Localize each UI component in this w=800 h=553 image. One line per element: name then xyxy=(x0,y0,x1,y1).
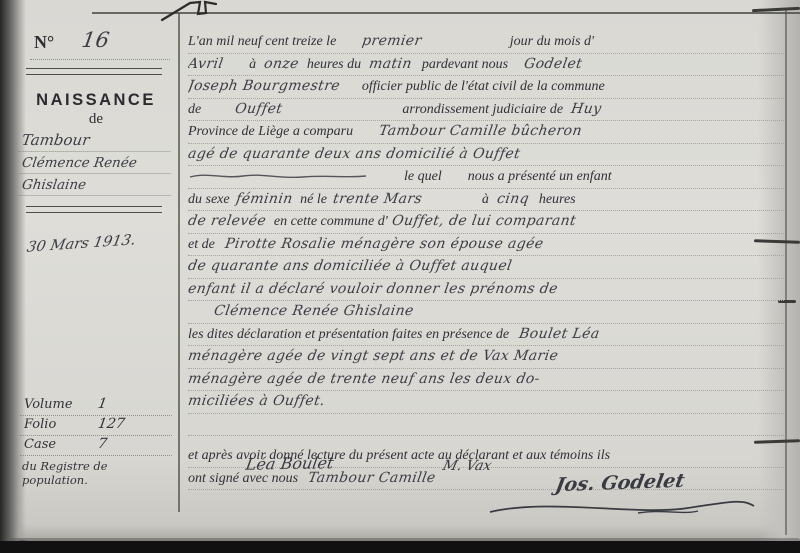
printed-text: né le xyxy=(300,192,327,207)
printed-text: L'an mil neuf cent treize le xyxy=(188,34,336,49)
printed-text: du sexe xyxy=(188,192,230,207)
printed-text: les dites déclaration et présentation fa… xyxy=(188,327,509,342)
act-line: agé de quarante deux ans domicilié à Ouf… xyxy=(188,144,784,167)
act-number-underline xyxy=(30,59,170,60)
handwritten-text: de relevée xyxy=(188,211,268,233)
volume-value: 1 xyxy=(97,396,108,412)
margin-column: N° 16 NAISSANCE de Tambour Clémence René… xyxy=(20,30,172,251)
act-line: Province de Liège a comparuTambour Camil… xyxy=(188,121,784,144)
handwritten-text: agé de quarante deux ans domicilié à Ouf… xyxy=(188,144,522,166)
act-line: les dites déclaration et présentation fa… xyxy=(188,324,784,347)
printed-text: officier public de l'état civil de la co… xyxy=(362,79,605,94)
printed-text: et de xyxy=(188,237,215,252)
printed-text: Province de Liège a comparu xyxy=(188,124,353,139)
birth-heading-de: de xyxy=(20,111,172,128)
volume-label: Volume xyxy=(24,397,73,412)
handwritten-text: Joseph Bourgmestre xyxy=(188,76,342,98)
handwritten-text: Ouffet, de lui comparant xyxy=(390,211,577,233)
act-line xyxy=(188,414,784,437)
printed-text: le quel xyxy=(404,169,442,184)
handwritten-text: Clémence Renée Ghislaine xyxy=(212,301,415,323)
act-line: miciliées à Ouffet. xyxy=(188,391,784,414)
handwritten-text: Huy xyxy=(569,99,603,121)
act-line: ménagère agée de trente neuf ans les deu… xyxy=(188,369,784,392)
double-rule xyxy=(26,206,162,213)
act-line: Clémence Renée Ghislaine xyxy=(188,301,784,324)
birth-heading: NAISSANCE xyxy=(20,91,172,110)
handwritten-text: de quarante ans domiciliée à Ouffet auqu… xyxy=(188,256,513,278)
child-firstnames: Clémence Renée xyxy=(18,152,173,174)
child-thirdname: Ghislaine xyxy=(18,174,173,196)
printed-text: arrondissement judiciaire de xyxy=(402,102,563,117)
act-line: du sexefémininné letrente Marsàcinqheure… xyxy=(188,189,784,212)
act-number-label: N° xyxy=(34,32,54,53)
handwritten-text: féminin xyxy=(234,189,294,211)
printed-text: heures du xyxy=(307,57,361,72)
act-line: enfant il a déclaré vouloir donner les p… xyxy=(188,279,784,302)
witness2-signature: M. Vax xyxy=(441,458,493,474)
printed-text: en cette commune d' xyxy=(274,214,388,229)
handwritten-text: cinq xyxy=(495,189,530,211)
officer-signature: Jos. Godelet xyxy=(554,470,687,496)
handwritten-text: Tambour Camille bûcheron xyxy=(377,121,583,143)
signature-flourish xyxy=(488,496,758,516)
folio-row: Folio 127 xyxy=(20,416,172,436)
act-number-row: N° 16 xyxy=(20,30,172,60)
witness1-signature: Léa Boulet xyxy=(244,453,335,474)
act-line: et dePirotte Rosalie ménagère son épouse… xyxy=(188,234,784,257)
handwritten-text: enfant il a déclaré vouloir donner les p… xyxy=(188,279,559,301)
margin-divider-line xyxy=(178,13,180,512)
printed-text: à xyxy=(482,192,489,207)
printed-text: heures xyxy=(539,192,576,207)
handwritten-text: Godelet xyxy=(522,54,583,76)
act-line: ménagère agée de vingt sept ans et de Va… xyxy=(188,346,784,369)
handwritten-text: ménagère agée de trente neuf ans les deu… xyxy=(188,369,541,391)
printed-text: à xyxy=(249,57,256,72)
volume-row: Volume 1 xyxy=(20,396,172,416)
act-line: de relevéeen cette commune d'Ouffet, de … xyxy=(188,211,784,234)
register-note: du Registre de population. xyxy=(20,459,172,487)
handwritten-text: Avril xyxy=(188,54,225,76)
handwritten-text: ménagère agée de vingt sept ans et de Va… xyxy=(188,346,560,368)
case-row: Case 7 xyxy=(20,436,172,456)
act-body-lines: L'an mil neuf cent treize lepremierjour … xyxy=(188,31,784,490)
handwritten-text: Ouffet xyxy=(234,99,285,121)
handwritten-text: matin xyxy=(367,54,413,76)
child-surname: Tambour xyxy=(18,128,173,152)
act-line: le quelnous a présenté un enfant xyxy=(188,166,784,189)
act-number-value: 16 xyxy=(80,28,111,52)
double-rule xyxy=(26,68,162,75)
act-line: L'an mil neuf cent treize lepremierjour … xyxy=(188,31,784,54)
register-refs: Volume 1 Folio 127 Case 7 du Registre de… xyxy=(20,396,172,487)
case-label: Case xyxy=(24,437,56,452)
book-edge-shadow xyxy=(0,541,800,553)
printed-text: jour du mois d' xyxy=(510,34,594,49)
handwritten-text: premier xyxy=(361,31,424,53)
handwritten-text: onze xyxy=(262,54,300,76)
folio-label: Folio xyxy=(24,417,56,432)
handwritten-text: Boulet Léa xyxy=(517,324,601,346)
printed-text: de xyxy=(188,102,201,117)
handwritten-text: miciliées à Ouffet. xyxy=(188,391,327,413)
signature-area: Léa Boulet M. Vax Jos. Godelet xyxy=(188,478,784,538)
folio-value: 127 xyxy=(97,416,126,432)
binding-thread xyxy=(785,10,787,535)
act-line: deOuffetarrondissement judiciaire deHuy xyxy=(188,99,784,122)
printed-text: nous a présenté un enfant xyxy=(468,169,612,184)
case-value: 7 xyxy=(97,436,108,452)
pen-flourish-mark xyxy=(160,0,250,22)
printed-text: pardevant nous xyxy=(422,57,508,72)
filler-wave-line xyxy=(188,166,368,188)
act-line: Avrilàonzeheures dumatinpardevant nousGo… xyxy=(188,54,784,77)
handwritten-text: trente Mars xyxy=(331,189,423,211)
act-line: Joseph Bourgmestreofficier public de l'é… xyxy=(188,76,784,99)
act-line: de quarante ans domiciliée à Ouffet auqu… xyxy=(188,256,784,279)
handwritten-text: Pirotte Rosalie ménagère son épouse agée xyxy=(223,234,545,256)
